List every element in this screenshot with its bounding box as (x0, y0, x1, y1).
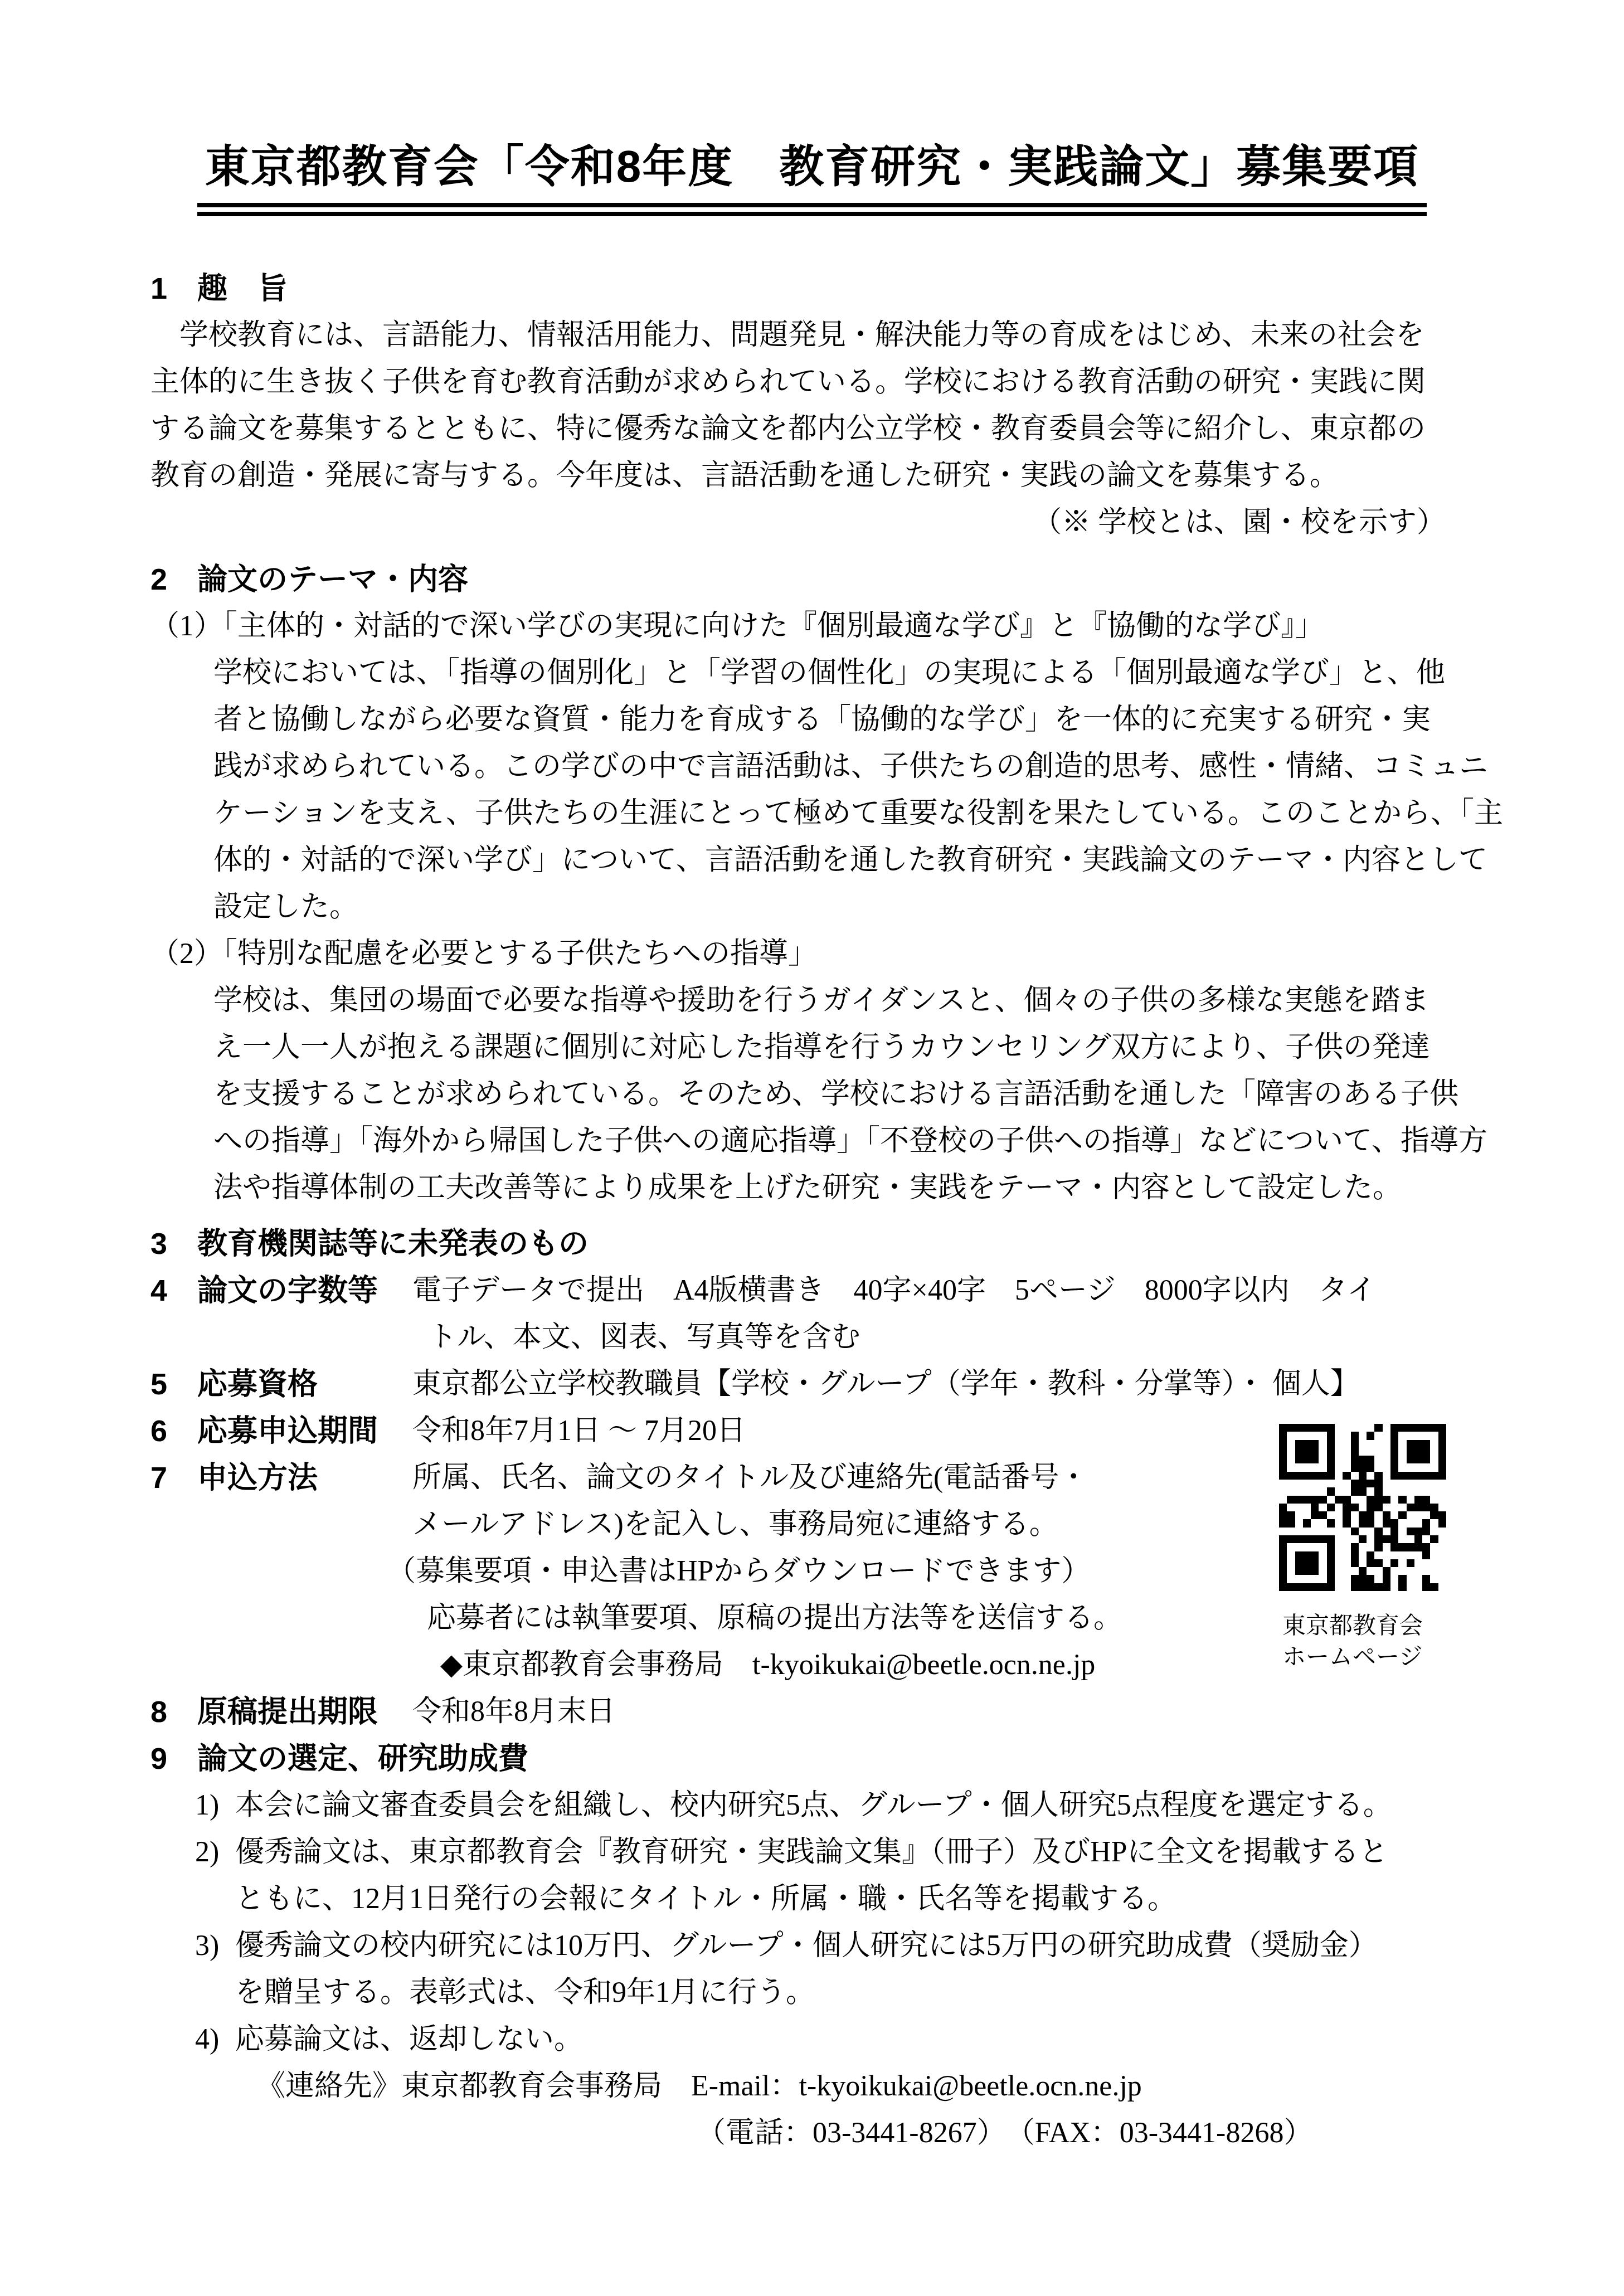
section-4-label: 4 論文の字数等 (150, 1267, 412, 1314)
section-8-row: 8 原稿提出期限 令和8年8月末日 (150, 1689, 1482, 1735)
section-3-heading: 3 教育機関誌等に未発表のもの (150, 1220, 1482, 1267)
list-marker: 4) (195, 2016, 235, 2063)
text-line: 優秀論文は、東京都教育会『教育研究・実践論文集』（冊子）及びHPに全文を掲載する… (235, 1829, 1482, 1876)
section-4-content: 電子データで提出 A4版横書き 40字×40字 5ページ 8000字以内 タイ … (412, 1267, 1482, 1361)
document-page: 東京都教育会「令和8年度 教育研究・実践論文」募集要項 1 趣 旨 学校教育には… (0, 0, 1624, 2296)
text-line: 者と協働しながら必要な資質・能力を育成する「協働的な学び」を一体的に充実する研究… (213, 697, 1482, 743)
section-8-content: 令和8年8月末日 (412, 1689, 1482, 1735)
selection-item-4: 4) 応募論文は、返却しない。 (150, 2016, 1482, 2063)
theme-1-title: （1）「主体的・対話的で深い学びの実現に向けた『個別最適な学び』と『協働的な学び… (150, 603, 1482, 650)
text-line: え一人一人が抱える課題に個別に対応した指導を行うカウンセリング双方により、子供の… (213, 1024, 1482, 1071)
text-line: 践が求められている。この学びの中で言語活動は、子供たちの創造的思考、感性・情緒、… (213, 743, 1482, 790)
section-8-label: 8 原稿提出期限 (150, 1689, 412, 1735)
text-line: 学校教育には、言語能力、情報活用能力、問題発見・解決能力等の育成をはじめ、未来の… (150, 312, 1482, 359)
text-line: トル、本文、図表、写真等を含む (428, 1314, 1482, 1361)
text-line: 法や指導体制の工夫改善等により成果を上げた研究・実践をテーマ・内容として設定した… (213, 1165, 1482, 1212)
contact-phone-fax-line: （電話：03-3441-8267） （FAX：03-3441-8268） (150, 2110, 1482, 2157)
section-5-row: 5 応募資格 東京都公立学校教職員【学校・グループ（学年・教科・分掌等）・ 個人… (150, 1361, 1482, 1408)
list-item-text: 本会に論文審査委員会を組織し、校内研究5点、グループ・個人研究5点程度を選定する… (235, 1782, 1482, 1829)
text-line: への指導」「海外から帰国した子供への適応指導」「不登校の子供への指導」などについ… (213, 1118, 1482, 1165)
section-1-heading: 1 趣 旨 (150, 265, 1482, 312)
section-4-row: 4 論文の字数等 電子データで提出 A4版横書き 40字×40字 5ページ 80… (150, 1267, 1482, 1361)
text-line: ケーションを支え、子供たちの生涯にとって極めて重要な役割を果たしている。このこと… (213, 790, 1482, 837)
qr-code (1279, 1424, 1446, 1591)
text-line: ともに、12月1日発行の会報にタイトル・所属・職・氏名等を掲載する。 (235, 1876, 1482, 1923)
selection-item-1: 1) 本会に論文審査委員会を組織し、校内研究5点、グループ・個人研究5点程度を選… (150, 1782, 1482, 1829)
text-line: 学校においては、「指導の個別化」と「学習の個性化」の実現による「個別最適な学び」… (213, 650, 1482, 697)
qr-block: 東京都教育会 ホームページ (1279, 1424, 1452, 1672)
title-block: 東京都教育会「令和8年度 教育研究・実践論文」募集要項 (0, 0, 1624, 216)
list-marker: 2) (195, 1829, 235, 1876)
qr-caption: 東京都教育会 ホームページ (1279, 1610, 1452, 1672)
text-line: 電子データで提出 A4版横書き 40字×40字 5ページ 8000字以内 タイ (412, 1267, 1482, 1314)
text-line: 学校は、集団の場面で必要な指導や援助を行うガイダンスと、個々の子供の多様な実態を… (213, 977, 1482, 1024)
text-line: 教育の創造・発展に寄与する。今年度は、言語活動を通した研究・実践の論文を募集する… (150, 453, 1482, 499)
selection-item-2: 2) 優秀論文は、東京都教育会『教育研究・実践論文集』（冊子）及びHPに全文を掲… (150, 1829, 1482, 1923)
eligibility-text: 東京都公立学校教職員【学校・グループ（学年・教科・分掌等）・ 個人】 (412, 1361, 1482, 1408)
text-line: を支援することが求められている。そのため、学校における言語活動を通した「障害のあ… (213, 1071, 1482, 1118)
text-line: 主体的に生き抜く子供を育む教育活動が求められている。学校における教育活動の研究・… (150, 359, 1482, 406)
list-marker: 1) (195, 1782, 235, 1829)
section-5-content: 東京都公立学校教職員【学校・グループ（学年・教科・分掌等）・ 個人】 (412, 1361, 1482, 1408)
contact-email-line: 《連絡先》東京都教育会事務局 E-mail：t-kyoikukai@beetle… (150, 2063, 1482, 2110)
qr-caption-line-2: ホームページ (1282, 1641, 1452, 1672)
theme-2-title: （2）「特別な配慮を必要とする子供たちへの指導」 (150, 931, 1482, 977)
text-line: 優秀論文の校内研究には10万円、グループ・個人研究には5万円の研究助成費（奨励金… (235, 1923, 1482, 1969)
section-7-label: 7 申込方法 (150, 1455, 412, 1501)
text-line: 設定した。 (213, 884, 1482, 931)
section-5-label: 5 応募資格 (150, 1361, 412, 1408)
text-line: 本会に論文審査委員会を組織し、校内研究5点、グループ・個人研究5点程度を選定する… (235, 1782, 1482, 1829)
qr-caption-line-1: 東京都教育会 (1282, 1610, 1452, 1641)
section-6-label: 6 応募申込期間 (150, 1408, 412, 1455)
text-line: する論文を募集するとともに、特に優秀な論文を都内公立学校・教育委員会等に紹介し、… (150, 406, 1482, 453)
section-9-heading: 9 論文の選定、研究助成費 (150, 1735, 1482, 1782)
text-line: を贈呈する。表彰式は、令和9年1月に行う。 (235, 1969, 1482, 2016)
school-definition-note: （※ 学校とは、園・校を示す） (150, 499, 1482, 546)
document-body: 1 趣 旨 学校教育には、言語能力、情報活用能力、問題発見・解決能力等の育成をは… (150, 265, 1482, 2157)
selection-item-3: 3) 優秀論文の校内研究には10万円、グループ・個人研究には5万円の研究助成費（… (150, 1923, 1482, 2016)
list-item-text: 優秀論文は、東京都教育会『教育研究・実践論文集』（冊子）及びHPに全文を掲載する… (235, 1829, 1482, 1923)
list-item-text: 応募論文は、返却しない。 (235, 2016, 1482, 2063)
document-title: 東京都教育会「令和8年度 教育研究・実践論文」募集要項 (197, 136, 1427, 216)
text-line: 応募論文は、返却しない。 (235, 2016, 1482, 2063)
section-2-heading: 2 論文のテーマ・内容 (150, 556, 1482, 603)
text-line: 体的・対話的で深い学び」について、言語活動を通した教育研究・実践論文のテーマ・内… (213, 837, 1482, 884)
list-marker: 3) (195, 1923, 235, 1969)
list-item-text: 優秀論文の校内研究には10万円、グループ・個人研究には5万円の研究助成費（奨励金… (235, 1923, 1482, 2016)
deadline-text: 令和8年8月末日 (412, 1689, 1482, 1735)
